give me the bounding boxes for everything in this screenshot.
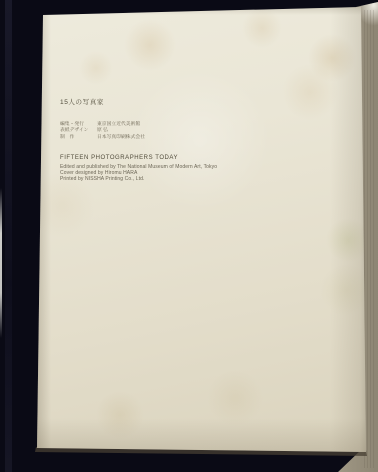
- colophon-text-block: 15人の写真家 編集・発行 東京国立近代美術館 表紙デザイン 原 弘 制 作 日…: [0, 0, 378, 472]
- colophon-line-printed: Printed by NISSHA Printing Co., Ltd.: [60, 176, 217, 182]
- book-title-japanese: 15人の写真家: [60, 99, 104, 107]
- credit-label: 制 作: [60, 135, 97, 141]
- credits-list: 編集・発行 東京国立近代美術館 表紙デザイン 原 弘 制 作 日本写真印刷株式会…: [60, 122, 145, 141]
- backdrop-edge-sliver: [0, 188, 2, 338]
- colophon-line-published: Edited and published by The National Mus…: [60, 164, 217, 170]
- fore-edge-page-lines: [364, 10, 374, 468]
- book-page: 15人の写真家 編集・発行 東京国立近代美術館 表紙デザイン 原 弘 制 作 日…: [0, 0, 378, 472]
- backdrop-fold: [5, 0, 12, 472]
- colophon-english-lines: Edited and published by The National Mus…: [60, 164, 217, 182]
- book-title-english: FIFTEEN PHOTOGRAPHERS TODAY: [60, 155, 178, 162]
- book-photo-scene: 15人の写真家 編集・発行 東京国立近代美術館 表紙デザイン 原 弘 制 作 日…: [0, 0, 378, 472]
- credit-value: 日本写真印刷株式会社: [97, 135, 145, 141]
- credit-row-production: 制 作 日本写真印刷株式会社: [60, 135, 145, 141]
